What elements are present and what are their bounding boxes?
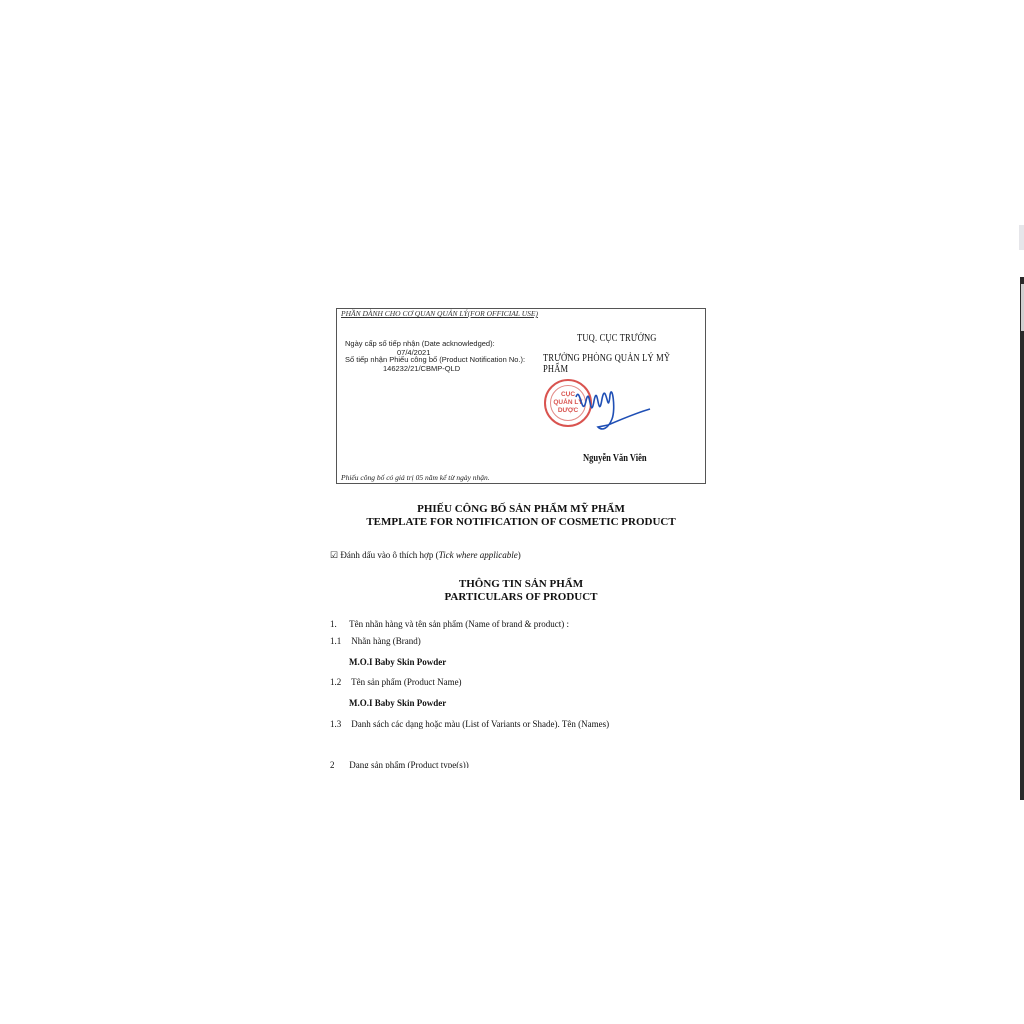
list-item: 1. Tên nhãn hàng và tên sản phẩm (Name o… [330,619,569,629]
official-use-header: PHẦN DÀNH CHO CƠ QUAN QUẢN LÝ(FOR OFFICI… [341,309,538,318]
official-use-box: PHẦN DÀNH CHO CƠ QUAN QUẢN LÝ(FOR OFFICI… [336,308,706,484]
tick-text: Đánh dấu vào ô thích hợp ( [340,550,438,560]
brand-value: M.O.I Baby Skin Powder [349,657,446,667]
list-item: 1.3 Danh sách các dạng hoặc màu (List of… [330,719,609,729]
checkbox-icon: ☑ [330,550,338,561]
item-text: Dạng sản phẩm (Product type(s)) [349,760,468,768]
item-text: Tên nhãn hàng và tên sản phẩm (Name of b… [349,619,569,629]
tick-text-italic: Tick where applicable [439,550,518,560]
item-number: 1.2 [330,677,349,687]
item-number: 1.3 [330,719,349,729]
notification-number-label: Số tiếp nhận Phiếu công bố (Product Noti… [345,355,525,364]
notification-number-value: 146232/21/CBMP-QLD [383,364,460,373]
item-text: Nhãn hàng (Brand) [351,636,420,646]
document-title-en: TEMPLATE FOR NOTIFICATION OF COSMETIC PR… [336,516,706,528]
item-text: Danh sách các dạng hoặc màu (List of Var… [351,719,609,729]
signer-title-1: TUQ. CỤC TRƯỞNG [577,333,657,344]
section-title-en: PARTICULARS OF PRODUCT [336,591,706,603]
item-number: 2 [330,760,347,768]
document-viewer: PHẦN DÀNH CHO CƠ QUAN QUẢN LÝ(FOR OFFICI… [0,0,1024,1024]
item-number: 1. [330,619,347,629]
item-number: 1.1 [330,636,349,646]
vertical-scrollbar[interactable] [1020,277,1024,800]
list-item: 1.2 Tên sản phẩm (Product Name) [330,677,462,687]
list-item: 1.1 Nhãn hàng (Brand) [330,636,421,646]
signer-title-2: TRƯỞNG PHÒNG QUẢN LÝ MỸ PHẨM [543,353,681,375]
signature-icon [572,379,652,439]
date-acknowledged-label: Ngày cấp số tiếp nhận (Date acknowledged… [345,339,495,348]
section-title-vn: THÔNG TIN SẢN PHẨM [336,578,706,590]
tick-instruction: ☑ Đánh dấu vào ô thích hợp (Tick where a… [330,550,521,561]
tick-text-close: ) [518,550,521,560]
product-name-value: M.O.I Baby Skin Powder [349,698,446,708]
panel-edge [1019,225,1024,250]
list-item: 2 Dạng sản phẩm (Product type(s)) [330,760,469,768]
signer-name: Nguyễn Văn Viên [583,453,647,464]
document-title-vn: PHIẾU CÔNG BỐ SẢN PHẨM MỸ PHẨM [336,503,706,515]
validity-note: Phiếu công bố có giá trị 05 năm kể từ ng… [341,473,490,482]
item-text: Tên sản phẩm (Product Name) [351,677,461,687]
